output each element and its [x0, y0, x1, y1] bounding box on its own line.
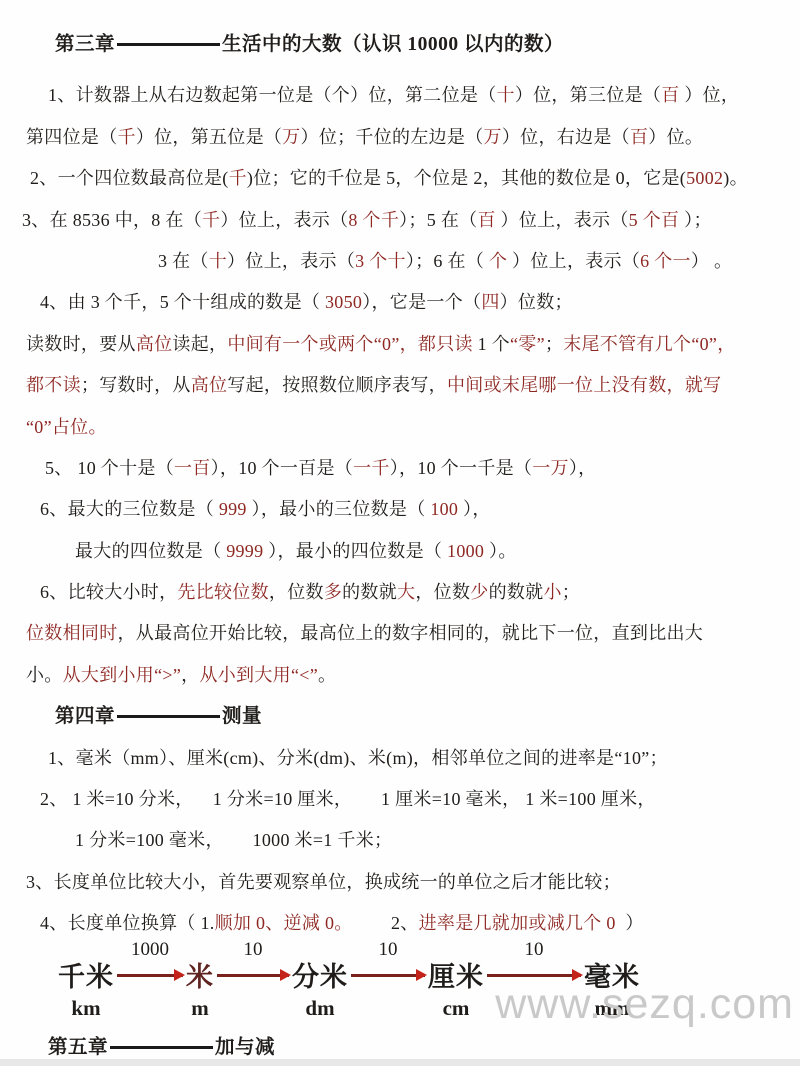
text-segment: ），最小的四位数是（ — [263, 541, 447, 561]
text-segment: 写起，按照数位顺序表写， — [227, 375, 447, 395]
measure-item-2-line-2: 1 分米=100 毫米， 1000 米=1 千米； — [75, 820, 800, 861]
text-segment: 末尾不管有几个“0”， — [563, 334, 735, 354]
text-segment: 万 — [484, 127, 502, 147]
text-segment: 3、长度单位比较大小，首先要观察单位，换成统一的单位之后才能比较； — [26, 872, 621, 892]
text-segment: 千 — [118, 127, 136, 147]
item-6b-line-2: 位数相同时，从最高位开始比较，最高位上的数字相同的，就比下一位，直到比出大 — [26, 613, 800, 654]
text-segment: ）位，第三位是（ — [515, 85, 661, 105]
text-segment: 5 个百 — [629, 210, 680, 230]
document-page: 第三章生活中的大数（认识 10000 以内的数）1、计数器上从右边数起第一位是（… — [0, 0, 800, 1066]
text-segment: 1000 — [447, 541, 484, 561]
conversion-step-2: 10 — [217, 939, 289, 977]
text-segment: 四 — [481, 292, 499, 312]
text-segment: ）位，第五位是（ — [136, 127, 282, 147]
text-segment: 1、毫米（mm）、厘米(cm)、分米(dm)、米(m)，相邻单位之间的进率是“1… — [48, 748, 668, 768]
text-segment: 加与减 — [215, 1037, 275, 1058]
text-segment: 100 — [430, 499, 458, 519]
conversion-factor-10c: 10 — [525, 939, 544, 961]
text-segment: ），10 个一百是（ — [211, 458, 354, 478]
text-segment: ）， — [458, 499, 490, 519]
text-segment: 的数就 — [489, 582, 544, 602]
text-segment: 个 — [489, 251, 507, 271]
text-segment: ）位；千位的左边是（ — [301, 127, 484, 147]
text-segment: 万 — [282, 127, 300, 147]
text-segment: ） 。 — [691, 251, 732, 271]
text-segment: 1 个 — [473, 334, 510, 354]
text-segment: ， — [181, 665, 199, 685]
item-6-line-1: 6、最大的三位数是（ 999 ），最小的三位数是（ 100 ）， — [40, 489, 800, 530]
heading-rule-line — [117, 715, 220, 718]
heading-rule-line — [117, 43, 220, 46]
text-segment: ）位。 — [648, 127, 703, 147]
unit-kilometer: 千米 km — [58, 939, 114, 1021]
text-segment: 5、 10 个十是（ — [45, 458, 174, 478]
text-segment: 位数相同时 — [26, 623, 118, 643]
text-segment: ）位上，表示（ — [220, 210, 348, 230]
conversion-factor-10a: 10 — [244, 939, 263, 961]
text-segment: ）位， — [680, 85, 740, 105]
item-1-line-1: 1、计数器上从右边数起第一位是（个）位，第二位是（十）位，第三位是（百 ）位， — [48, 75, 800, 116]
unit-label-centimeter: 厘米 — [428, 961, 484, 993]
text-segment: 先比较位数 — [177, 582, 269, 602]
unit-decimeter: 分米 dm — [292, 939, 348, 1021]
text-segment: 高位 — [136, 334, 173, 354]
text-segment: 高位 — [191, 375, 228, 395]
text-segment: 读数时，要从 — [26, 334, 136, 354]
reading-rule-line-2: 都不读；写数时，从高位写起，按照数位顺序表写，中间或末尾哪一位上没有数，就写 — [26, 365, 800, 406]
text-segment: ）位数； — [500, 292, 573, 312]
reading-rule-line-3: “0”占位。 — [26, 407, 800, 448]
unit-abbr-km: km — [71, 996, 100, 1021]
unit-abbr-cm: cm — [443, 996, 470, 1021]
item-3-line-1: 3、在 8536 中，8 在（千）位上，表示（8 个千）；5 在（百 ）位上，表… — [22, 200, 800, 241]
heading-rule-line — [110, 1046, 213, 1049]
text-segment: “零” — [510, 334, 545, 354]
text-segment: ）； — [679, 210, 711, 230]
text-segment: 顺加 0、逆减 0。 — [215, 913, 353, 933]
unit-meter: 米 m — [186, 939, 214, 1021]
item-6b-line-1: 6、比较大小时，先比较位数，位数多的数就大，位数少的数就小； — [40, 572, 800, 613]
text-segment: 6、比较大小时， — [40, 582, 177, 602]
text-segment: 小。 — [26, 665, 63, 685]
text-segment: ，位数 — [269, 582, 324, 602]
text-segment: 3、在 8536 中，8 在（ — [22, 210, 202, 230]
text-segment: 中间或末尾哪一位上没有数，就写 — [447, 375, 722, 395]
item-1-line-2: 第四位是（千）位，第五位是（万）位；千位的左边是（万）位，右边是（百）位。 — [26, 117, 800, 158]
unit-label-decimeter: 分米 — [292, 961, 348, 993]
text-segment: 都不读 — [26, 375, 81, 395]
text-segment: 一千 — [353, 458, 390, 478]
text-segment: 第四位是（ — [26, 127, 118, 147]
conversion-step-4: 10 — [487, 939, 581, 977]
text-segment: ）位上，表示（ — [507, 251, 640, 271]
page-bottom-edge — [0, 1059, 800, 1066]
text-segment: 4、长度单位换算（ 1. — [40, 913, 215, 933]
text-segment: 多 — [324, 582, 342, 602]
text-segment: 3050 — [325, 292, 362, 312]
right-arrow-icon — [487, 974, 581, 977]
text-segment: 十 — [497, 85, 515, 105]
text-segment: 小 — [543, 582, 561, 602]
text-segment: ）， — [569, 458, 597, 478]
chapter3-heading: 第三章生活中的大数（认识 10000 以内的数） — [55, 24, 800, 65]
text-segment: “0”占位。 — [26, 417, 107, 437]
text-segment: )位；它的千位是 5，个位是 2，其他的数位是 0，它是( — [247, 168, 686, 188]
text-segment: 测量 — [222, 706, 262, 727]
text-segment: 1、计数器上从右边数起第一位是（个）位，第二位是（ — [48, 85, 497, 105]
text-segment: 3 个十 — [355, 251, 406, 271]
item-4-line: 4、由 3 个千，5 个十组成的数是（ 3050），它是一个（四）位数； — [40, 282, 800, 323]
text-segment: 4、由 3 个千，5 个十组成的数是（ — [40, 292, 325, 312]
text-segment: ），它是一个（ — [362, 292, 481, 312]
unit-abbr-m: m — [191, 996, 209, 1021]
text-segment: 百 — [477, 210, 495, 230]
text-segment: 生活中的大数（认识 10000 以内的数） — [222, 34, 564, 55]
text-segment: ，从最高位开始比较，最高位上的数字相同的，就比下一位，直到比出大 — [118, 623, 704, 643]
text-segment: 3 在（ — [158, 251, 209, 271]
conversion-step-1: 1000 — [117, 939, 183, 977]
text-segment: 从大到小用“>” — [63, 665, 182, 685]
text-segment: 的数就 — [342, 582, 397, 602]
text-segment: ），10 个一千是（ — [390, 458, 533, 478]
text-segment: 一万 — [532, 458, 569, 478]
conversion-step-3: 10 — [351, 939, 425, 977]
item-6-line-2: 最大的四位数是（ 9999 ），最小的四位数是（ 1000 ）。 — [75, 531, 800, 572]
text-segment: 第五章 — [48, 1037, 108, 1058]
conversion-factor-1000: 1000 — [131, 939, 169, 961]
chapter4-heading: 第四章测量 — [55, 696, 800, 737]
right-arrow-icon — [351, 974, 425, 977]
text-segment: 少 — [470, 582, 488, 602]
text-segment: ； — [562, 582, 580, 602]
text-segment: ）；6 在（ — [406, 251, 489, 271]
text-segment: ）。 — [484, 541, 516, 561]
item-5-line: 5、 10 个十是（一百），10 个一百是（一千），10 个一千是（一万）， — [45, 448, 800, 489]
text-segment: 从小到大用“<” — [199, 665, 318, 685]
text-segment: ； — [545, 334, 563, 354]
text-segment: 第四章 — [55, 706, 115, 727]
document-body: 第三章生活中的大数（认识 10000 以内的数）1、计数器上从右边数起第一位是（… — [0, 0, 800, 945]
item-3-line-2: 3 在（十）位上，表示（3 个十）；6 在（ 个 ）位上，表示（6 个一） 。 — [158, 241, 800, 282]
text-segment: ）位上，表示（ — [227, 251, 355, 271]
text-segment: 8 个千 — [348, 210, 399, 230]
text-segment: )。 — [723, 168, 748, 188]
text-segment: ，位数 — [415, 582, 470, 602]
text-segment: ）位，右边是（ — [502, 127, 630, 147]
measure-item-2-line-1: 2、 1 米=10 分米， 1 分米=10 厘米， 1 厘米=10 毫米， 1 … — [40, 779, 800, 820]
text-segment: 百 — [661, 85, 679, 105]
unit-label-meter: 米 — [186, 961, 214, 993]
right-arrow-icon — [217, 974, 289, 977]
text-segment: 5002 — [686, 168, 723, 188]
text-segment: 读起， — [172, 334, 227, 354]
conversion-factor-10b: 10 — [379, 939, 398, 961]
text-segment: ），最小的三位数是（ — [247, 499, 431, 519]
text-segment: 。 — [318, 665, 336, 685]
text-segment: 1 分米=100 毫米， 1000 米=1 千米； — [75, 830, 392, 850]
text-segment: 第三章 — [55, 34, 115, 55]
text-segment: 千 — [229, 168, 247, 188]
text-segment: 进率是几就加或减几个 0 — [419, 913, 616, 933]
text-segment: 最大的四位数是（ — [75, 541, 226, 561]
right-arrow-icon — [117, 974, 183, 977]
text-segment: ） — [616, 913, 644, 933]
text-segment: 6、最大的三位数是（ — [40, 499, 219, 519]
text-segment: 十 — [209, 251, 227, 271]
item-2-line: 2、一个四位数最高位是(千)位；它的千位是 5，个位是 2，其他的数位是 0，它… — [30, 158, 800, 199]
watermark: www.sezq.com — [495, 980, 794, 1029]
text-segment: 千 — [202, 210, 220, 230]
text-segment: ）位上，表示（ — [496, 210, 629, 230]
text-segment: 2、 1 米=10 分米， 1 分米=10 厘米， 1 厘米=10 毫米， 1 … — [40, 789, 656, 809]
text-segment: ；写数时，从 — [81, 375, 191, 395]
text-segment: 大 — [397, 582, 415, 602]
text-segment: 一百 — [174, 458, 211, 478]
unit-label-kilometer: 千米 — [58, 961, 114, 993]
unit-centimeter: 厘米 cm — [428, 939, 484, 1021]
text-segment: 2、一个四位数最高位是( — [30, 168, 229, 188]
text-segment: 9999 — [226, 541, 263, 561]
text-segment: 中间有一个或两个“0”，都只读 — [227, 334, 472, 354]
unit-abbr-dm: dm — [305, 996, 334, 1021]
text-segment: 2、 — [353, 913, 419, 933]
text-segment: 6 个一 — [640, 251, 691, 271]
item-6b-line-3: 小。从大到小用“>”，从小到大用“<”。 — [26, 655, 800, 696]
text-segment: ）；5 在（ — [399, 210, 477, 230]
text-segment: 999 — [219, 499, 247, 519]
reading-rule-line-1: 读数时，要从高位读起，中间有一个或两个“0”，都只读 1 个“零”；末尾不管有几… — [26, 324, 800, 365]
measure-item-1: 1、毫米（mm）、厘米(cm)、分米(dm)、米(m)，相邻单位之间的进率是“1… — [48, 738, 800, 779]
measure-item-3: 3、长度单位比较大小，首先要观察单位，换成统一的单位之后才能比较； — [26, 862, 800, 903]
text-segment: 百 — [630, 127, 648, 147]
